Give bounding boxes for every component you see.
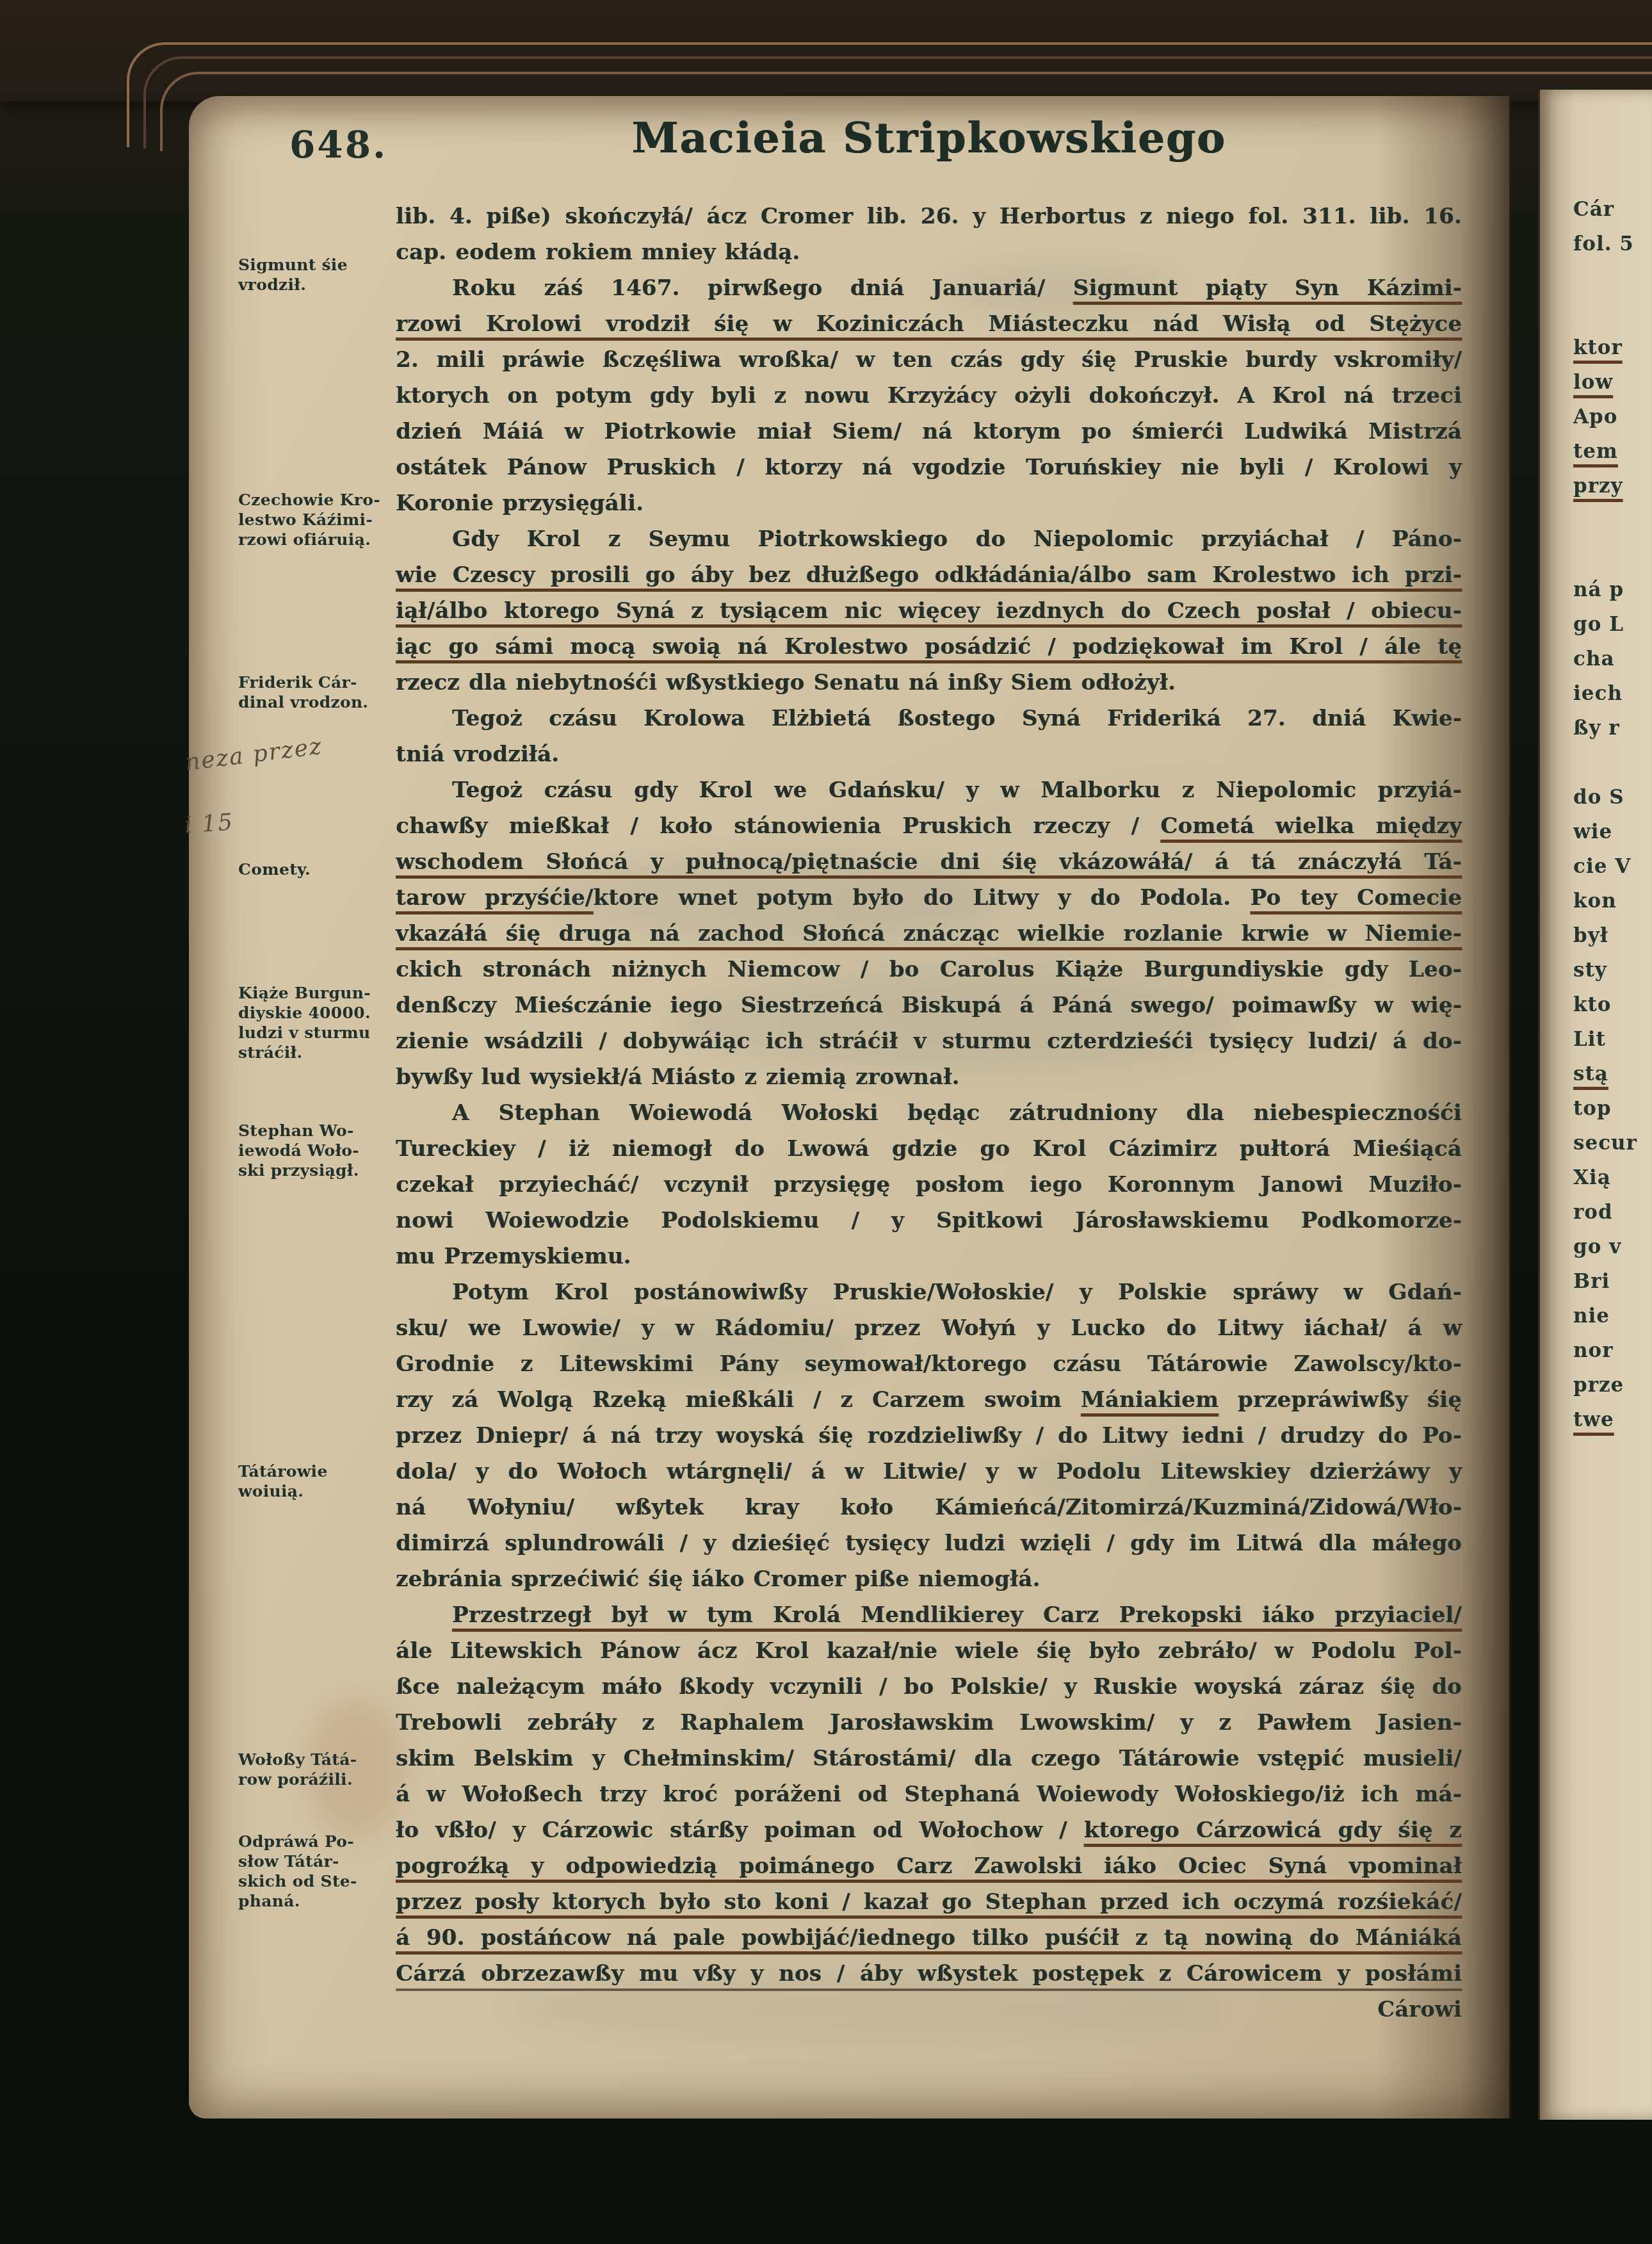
next-page-text-fragment: nie <box>1573 1299 1652 1333</box>
text-segment: mu Przemyskiemu. <box>396 1244 631 1269</box>
text-line: Cárzá obrzezawßy mu vßy y nos / áby wßys… <box>396 1956 1462 1992</box>
next-page-text-fragment: cha <box>1573 642 1652 676</box>
text-line: przez Dniepr/ á ná trzy woyská śię rozdz… <box>396 1418 1462 1454</box>
next-page-text-fragment <box>1573 261 1652 296</box>
text-line: dola/ y do Wołoch wtárgnęli/ á w Litwie/… <box>396 1454 1462 1490</box>
text-line: wschodem Słońcá y pułnocą/piętnaście dni… <box>396 844 1462 880</box>
text-line: Tegoż czásu Krolowa Elżbietá ßostego Syn… <box>396 701 1462 736</box>
text-segment: ostátek Pánow Pruskich / ktorzy ná vgodz… <box>396 455 1462 480</box>
text-line: chawßy mießkał / koło stánowienia Pruski… <box>396 808 1462 844</box>
hand-underlined-text: Cometá wielka między <box>1160 813 1462 839</box>
text-segment: przez Dniepr/ á ná trzy woyská śię rozdz… <box>396 1423 1462 1449</box>
text-line: Przestrzegł był w tym Krolá Mendlikierey… <box>396 1597 1462 1633</box>
text-segment: ná Wołyniu/ wßytek kray koło Kámieńcá/Zi… <box>396 1495 1462 1520</box>
next-page-text-fragment: go v <box>1573 1230 1652 1264</box>
next-page-text-fragment: kto <box>1573 988 1652 1022</box>
text-line: Potym Krol postánowiwßy Pruskie/Wołoskie… <box>396 1274 1462 1310</box>
text-segment: Tureckiey / iż niemogł do Lwowá gdzie go… <box>396 1136 1462 1162</box>
next-page-text-fragment: ktor <box>1573 330 1652 365</box>
text-line: rzowi Krolowi vrodził śię w Koziniczách … <box>396 306 1462 342</box>
text-line: pogroźką y odpowiedzią poimánego Carz Za… <box>396 1848 1462 1884</box>
text-segment: Koronie przysięgáli. <box>396 491 644 516</box>
text-segment: ktore wnet potym było do Litwy y do Podo… <box>593 885 1250 911</box>
next-page-text-fragment: prze <box>1573 1368 1652 1402</box>
next-page-text-fragment: secur <box>1573 1126 1652 1160</box>
next-page-text-fragment: wie <box>1573 815 1652 849</box>
text-line: zebránia sprzećiwić śię iáko Cromer piße… <box>396 1561 1462 1597</box>
text-line: Tegoż czásu gdy Krol we Gdańsku/ y w Mal… <box>396 772 1462 808</box>
next-page-text-fragment: Apo <box>1573 400 1652 434</box>
text-segment: czekał przyiecháć/ vczynił przysięgę pos… <box>396 1172 1462 1198</box>
next-page-text-fragments: Cárfol. 5ktorlowApotemprzyná pgo Lchaiec… <box>1573 192 1652 1437</box>
text-line: nowi Woiewodzie Podolskiemu / y Spitkowi… <box>396 1203 1462 1239</box>
hand-underlined-text: vkazáłá śię druga ná zachod Słońcá znácz… <box>396 921 1462 947</box>
next-page-text-fragment: był <box>1573 918 1652 953</box>
text-line: czekał przyiecháć/ vczynił przysięgę pos… <box>396 1167 1462 1203</box>
next-page-text-fragment: twe <box>1573 1402 1652 1437</box>
text-line: sku/ we Lwowie/ y w Rádomiu/ przez Wołyń… <box>396 1310 1462 1346</box>
hand-underlined-text: przez posły ktorych było sto koni / kaza… <box>396 1889 1462 1915</box>
text-line: ßce należącym máło ßkody vczynili / bo P… <box>396 1669 1462 1705</box>
next-page-text-fragment: Lit <box>1573 1022 1652 1057</box>
text-line: mu Przemyskiemu. <box>396 1239 1462 1274</box>
next-page-sliver: Cárfol. 5ktorlowApotemprzyná pgo Lchaiec… <box>1538 90 1652 2120</box>
next-page-text-fragment: rod <box>1573 1195 1652 1230</box>
next-page-text-fragment: Cár <box>1573 192 1652 227</box>
text-line: iąc go sámi mocą swoią ná Krolestwo posá… <box>396 629 1462 665</box>
next-page-text-fragment: tem <box>1573 434 1652 469</box>
next-page-text-fragment: Bri <box>1573 1264 1652 1299</box>
hand-underlined-text: iął/álbo ktorego Syná z tysiącem nic wię… <box>396 598 1462 624</box>
text-segment: Roku záś 1467. pirwßego dniá Januariá/ <box>452 275 1073 301</box>
text-line: iął/álbo ktorego Syná z tysiącem nic wię… <box>396 593 1462 629</box>
text-line: zienie wsádzili / dobywáiąc ich stráćił … <box>396 1023 1462 1059</box>
text-line: ckich stronách niżnych Niemcow / bo Caro… <box>396 952 1462 988</box>
hand-underlined-text: Sigmunt piąty Syn Kázimi- <box>1073 275 1462 301</box>
text-segment: A Stephan Woiewodá Wołoski będąc zátrudn… <box>452 1100 1462 1126</box>
next-page-text-fragment: fol. 5 <box>1573 227 1652 261</box>
hand-underlined-text: wschodem Słońcá y pułnocą/piętnaście dni… <box>396 849 1462 875</box>
text-segment: Tegoż czásu Krolowa Elżbietá ßostego Syn… <box>452 706 1462 731</box>
hand-underlined-text: ktorego Cárzowicá gdy śię z <box>1084 1817 1462 1843</box>
text-line: ło vßło/ y Cárzowic stárßy poiman od Woł… <box>396 1812 1462 1848</box>
text-segment: sku/ we Lwowie/ y w Rádomiu/ przez Wołyń… <box>396 1315 1462 1341</box>
next-page-text-fragment: nor <box>1573 1333 1652 1368</box>
hand-underlined-text: Przestrzegł był w tym Krolá Mendlikierey… <box>452 1602 1462 1628</box>
next-page-text-fragment <box>1573 538 1652 573</box>
text-line: 2. mili práwie ßczęśliwa wroßka/ w ten c… <box>396 342 1462 378</box>
hand-underlined-text: Po tey Comecie <box>1251 885 1462 911</box>
next-page-text-fragment: cie V <box>1573 849 1652 884</box>
running-title: Macieia Stripkowskiego <box>396 113 1462 163</box>
next-page-text-fragment: sty <box>1573 953 1652 988</box>
text-line: Grodnie z Litewskimi Pány seymował/ktore… <box>396 1346 1462 1382</box>
next-page-text-fragment <box>1573 296 1652 330</box>
text-segment: rzecz dla niebytnośći wßystkiego Senatu … <box>396 670 1176 695</box>
next-page-text-fragment: kon <box>1573 884 1652 918</box>
page-number: 648. <box>289 123 387 167</box>
text-line: rzecz dla niebytnośći wßystkiego Senatu … <box>396 665 1462 701</box>
text-line: wie Czescy prosili go áby bez dłużßego o… <box>396 557 1462 593</box>
hand-underlined-text: tarow przyśćie/ <box>396 885 593 911</box>
text-segment: Trebowli zebráły z Raphalem Jarosławskim… <box>396 1710 1462 1736</box>
text-segment: ále Litewskich Pánow ácz Krol kazał/nie … <box>396 1638 1462 1664</box>
text-segment: Tegoż czásu gdy Krol we Gdańsku/ y w Mal… <box>452 777 1462 803</box>
text-segment: zienie wsádzili / dobywáiąc ich stráćił … <box>396 1028 1462 1054</box>
next-page-text-fragment: stą <box>1573 1057 1652 1091</box>
text-line: vkazáłá śię druga ná zachod Słońcá znácz… <box>396 916 1462 952</box>
hand-underlined-text: rzowi Krolowi vrodził śię w Koziniczách … <box>396 311 1462 337</box>
text-line: á w Wołoßech trzy kroć poráženi od Steph… <box>396 1776 1462 1812</box>
text-segment: ßce należącym máło ßkody vczynili / bo P… <box>396 1674 1462 1700</box>
text-segment: dola/ y do Wołoch wtárgnęli/ á w Litwie/… <box>396 1459 1462 1484</box>
text-segment: ktorych on potym gdy byli z nowu Krzyżác… <box>396 383 1462 409</box>
next-page-text-fragment: Xią <box>1573 1160 1652 1195</box>
text-line: ostátek Pánow Pruskich / ktorzy ná vgodz… <box>396 450 1462 485</box>
catchword: Cárowi <box>396 1997 1462 2022</box>
text-line: cap. eodem rokiem mniey kłádą. <box>396 234 1462 270</box>
next-page-text-fragment <box>1573 745 1652 780</box>
text-segment: tniá vrodziłá. <box>396 742 559 767</box>
text-segment: ckich stronách niżnych Niemcow / bo Caro… <box>396 957 1462 982</box>
body-text-block: lib. 4. piße) skończyłá/ ácz Cromer lib.… <box>396 199 1462 1992</box>
next-page-text-fragment: iech <box>1573 676 1652 711</box>
text-line: bywßy lud wysiekł/á Miásto z ziemią zrow… <box>396 1059 1462 1095</box>
hand-underlined-text: wie Czescy prosili go áby bez dłużßego o… <box>396 562 1462 588</box>
next-page-text-fragment: go L <box>1573 607 1652 642</box>
text-segment: Gdy Krol z Seymu Piotrkowskiego do Niepo… <box>452 526 1462 552</box>
text-line: tniá vrodziłá. <box>396 736 1462 772</box>
hand-underlined-text: pogroźką y odpowiedzią poimánego Carz Za… <box>396 1853 1462 1879</box>
next-page-text-fragment <box>1573 503 1652 538</box>
text-segment: dzień Máiá w Piotrkowie miał Siem/ ná kt… <box>396 419 1462 444</box>
book-photograph: { "page": { "number": "648.", "running_t… <box>0 0 1652 2244</box>
text-segment: rzy zá Wolgą Rzeką mießkáli / z Carzem s… <box>396 1387 1081 1413</box>
text-segment: lib. 4. piße) skończyłá/ ácz Cromer lib.… <box>396 204 1462 229</box>
text-line: skim Belskim y Chełminskim/ Stárostámi/ … <box>396 1741 1462 1776</box>
hand-underlined-text: Mániakiem <box>1081 1387 1219 1413</box>
text-line: Koronie przysięgáli. <box>396 485 1462 521</box>
text-line: Tureckiey / iż niemogł do Lwowá gdzie go… <box>396 1131 1462 1167</box>
text-segment: przepráwiwßy śię <box>1219 1387 1462 1413</box>
next-page-text-fragment: przy <box>1573 469 1652 503</box>
text-line: A Stephan Woiewodá Wołoski będąc zátrudn… <box>396 1095 1462 1131</box>
hand-underlined-text: iąc go sámi mocą swoią ná Krolestwo posá… <box>396 634 1462 660</box>
text-line: ktorych on potym gdy byli z nowu Krzyżác… <box>396 378 1462 414</box>
next-page-text-fragment: do S <box>1573 780 1652 815</box>
next-page-text-fragment: ná p <box>1573 573 1652 607</box>
text-line: przez posły ktorych było sto koni / kaza… <box>396 1884 1462 1920</box>
text-segment: skim Belskim y Chełminskim/ Stárostámi/ … <box>396 1746 1462 1771</box>
text-segment: nowi Woiewodzie Podolskiemu / y Spitkowi… <box>396 1208 1462 1233</box>
text-segment: 2. mili práwie ßczęśliwa wroßka/ w ten c… <box>396 347 1462 373</box>
text-line: tarow przyśćie/ktore wnet potym było do … <box>396 880 1462 916</box>
hand-underlined-text: á 90. postáńcow ná pale powbijáć/iednego… <box>396 1925 1462 1951</box>
text-segment: chawßy mießkał / koło stánowienia Pruski… <box>396 813 1160 839</box>
text-line: ná Wołyniu/ wßytek kray koło Kámieńcá/Zi… <box>396 1490 1462 1525</box>
text-segment: Grodnie z Litewskimi Pány seymował/ktore… <box>396 1351 1462 1377</box>
hand-underlined-text: Cárzá obrzezawßy mu vßy y nos / áby wßys… <box>396 1961 1462 1987</box>
text-line: ále Litewskich Pánow ácz Krol kazał/nie … <box>396 1633 1462 1669</box>
text-line: denßczy Mieśczánie iego Siestrzeńcá Bisk… <box>396 988 1462 1023</box>
text-segment: ło vßło/ y Cárzowic stárßy poiman od Woł… <box>396 1817 1084 1843</box>
text-segment: dimirzá splundrowáli / y dzieśięć tysięc… <box>396 1531 1462 1556</box>
text-segment: á w Wołoßech trzy kroć poráženi od Steph… <box>396 1782 1462 1807</box>
text-line: á 90. postáńcow ná pale powbijáć/iednego… <box>396 1920 1462 1956</box>
text-line: rzy zá Wolgą Rzeką mießkáli / z Carzem s… <box>396 1382 1462 1418</box>
text-segment: denßczy Mieśczánie iego Siestrzeńcá Bisk… <box>396 993 1462 1018</box>
text-line: dimirzá splundrowáli / y dzieśięć tysięc… <box>396 1525 1462 1561</box>
next-page-text-fragment: top <box>1573 1091 1652 1126</box>
text-line: lib. 4. piße) skończyłá/ ácz Cromer lib.… <box>396 199 1462 234</box>
text-line: Roku záś 1467. pirwßego dniá Januariá/ S… <box>396 270 1462 306</box>
text-line: Trebowli zebráły z Raphalem Jarosławskim… <box>396 1705 1462 1741</box>
text-line: dzień Máiá w Piotrkowie miał Siem/ ná kt… <box>396 414 1462 450</box>
next-page-text-fragment: low <box>1573 365 1652 400</box>
foxing-stain <box>304 1697 407 1838</box>
text-segment: Potym Krol postánowiwßy Pruskie/Wołoskie… <box>452 1280 1462 1305</box>
text-segment: bywßy lud wysiekł/á Miásto z ziemią zrow… <box>396 1064 959 1090</box>
text-segment: cap. eodem rokiem mniey kłádą. <box>396 240 800 265</box>
next-page-text-fragment: ßy r <box>1573 711 1652 745</box>
text-line: Gdy Krol z Seymu Piotrkowskiego do Niepo… <box>396 521 1462 557</box>
text-segment: zebránia sprzećiwić śię iáko Cromer piße… <box>396 1566 1040 1592</box>
